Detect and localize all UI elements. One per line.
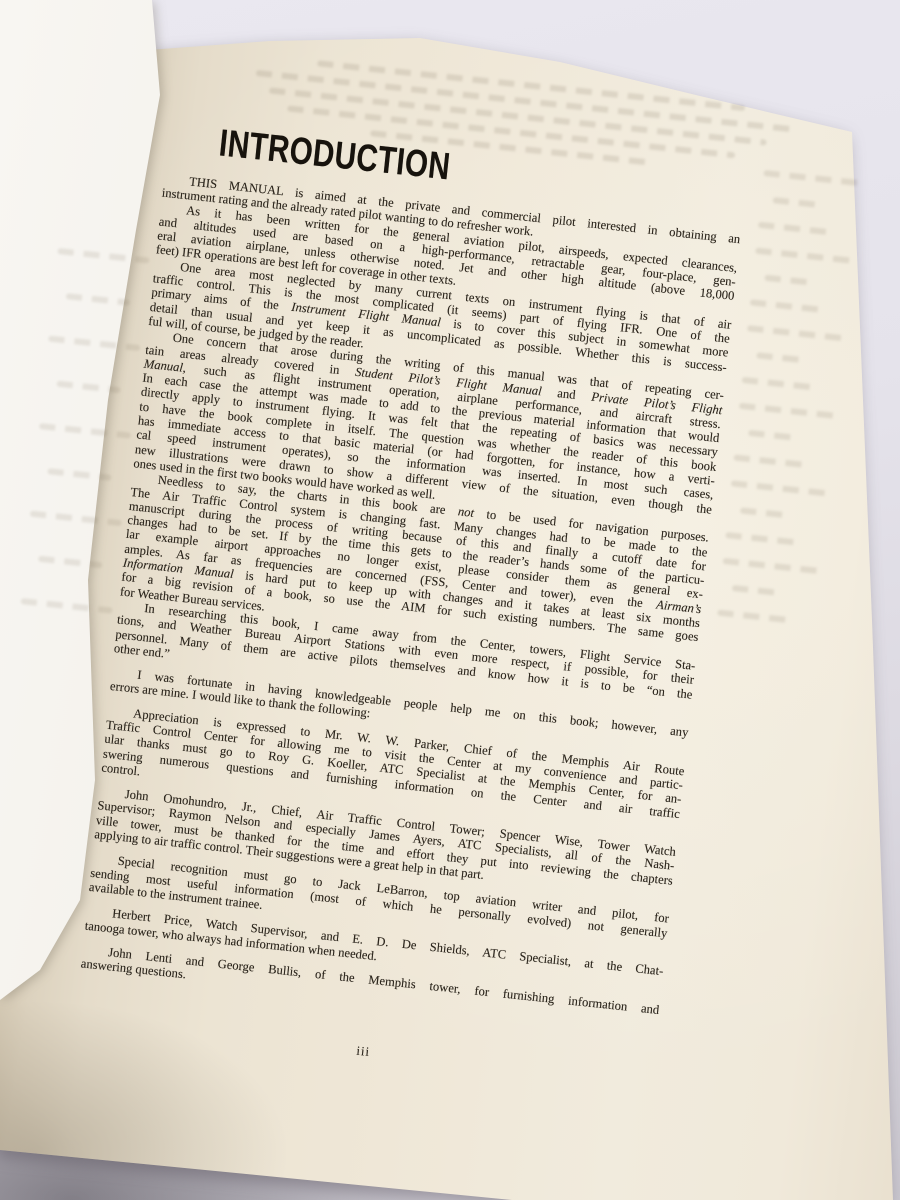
showthrough-line bbox=[747, 325, 851, 342]
showthrough-line bbox=[739, 403, 843, 420]
showthrough-line bbox=[731, 480, 835, 497]
showthrough-line bbox=[56, 381, 121, 394]
showthrough-line bbox=[48, 336, 140, 352]
showthrough-line bbox=[748, 430, 800, 441]
showthrough-line bbox=[750, 299, 822, 312]
showthrough-line bbox=[21, 598, 113, 614]
paragraphs: THIS MANUAL is aimed at the private and … bbox=[80, 172, 741, 1032]
showthrough-line bbox=[742, 377, 814, 390]
showthrough-line bbox=[30, 511, 122, 527]
showthrough-line bbox=[758, 222, 830, 235]
showthrough-line bbox=[38, 556, 103, 569]
showthrough-line bbox=[739, 507, 791, 518]
showthrough-line bbox=[47, 468, 112, 481]
showthrough-line bbox=[723, 558, 827, 575]
page-text-block: INTRODUCTION THIS MANUAL is aimed at the… bbox=[74, 116, 747, 1089]
showthrough-line bbox=[731, 585, 783, 596]
showthrough-line bbox=[39, 423, 131, 439]
showthrough-line bbox=[755, 248, 859, 265]
showthrough-line bbox=[733, 454, 805, 467]
showthrough-line bbox=[772, 197, 824, 208]
showthrough-line bbox=[725, 532, 797, 545]
showthrough-line bbox=[764, 275, 816, 286]
showthrough-line bbox=[66, 293, 131, 306]
showthrough-line bbox=[756, 352, 808, 363]
showthrough-line bbox=[717, 610, 789, 623]
